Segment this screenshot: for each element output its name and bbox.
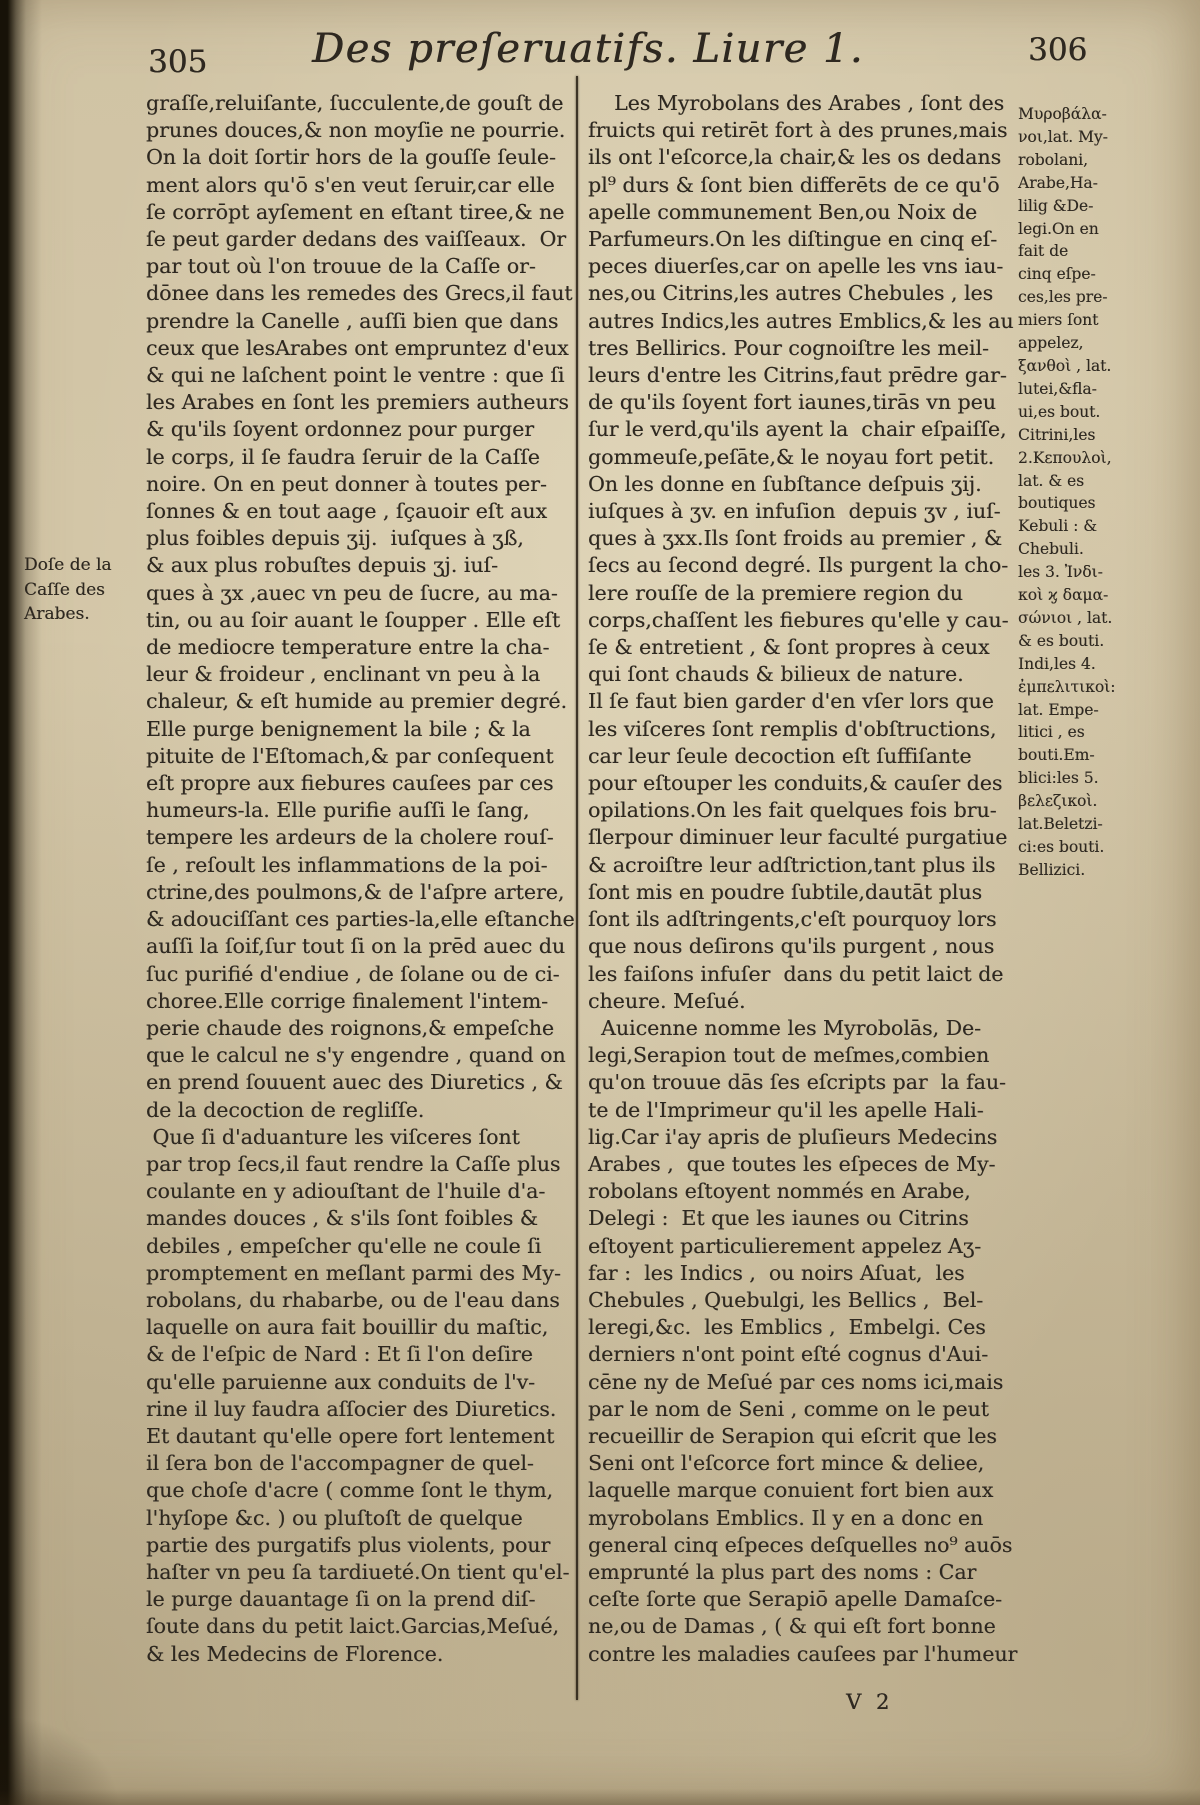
text-line: & adouciſſant ces parties-la,elle eſtanc… bbox=[146, 906, 582, 933]
text-line: les faiſons infuſer dans du petit laict … bbox=[588, 961, 1012, 988]
text-line: far : les Indics , ou noirs Aſuat, les bbox=[588, 1260, 1012, 1287]
margin-note-line: boutiques bbox=[1018, 492, 1168, 515]
margin-note-line: lat. Empe- bbox=[1018, 699, 1168, 722]
margin-note-line: appelez, bbox=[1018, 332, 1168, 355]
text-line: de qu'ils ſoyent fort iaunes,tirās vn pe… bbox=[588, 389, 1012, 416]
right-text-column: Les Myrobolans des Arabes , ſont desfrui… bbox=[588, 90, 1012, 1668]
margin-note-line: cinq eſpe- bbox=[1018, 263, 1168, 286]
text-line: auſſi la ſoif,ſur tout ſi on la prēd aue… bbox=[146, 933, 582, 960]
text-line: leur & froideur , enclinant vn peu à la bbox=[146, 661, 582, 688]
text-line: Les Myrobolans des Arabes , ſont des bbox=[588, 90, 1012, 117]
text-line: eſtoyent particulierement appelez Aʒ- bbox=[588, 1233, 1012, 1260]
margin-note-line: Indi,les 4. bbox=[1018, 653, 1168, 676]
margin-note-line: Μυροβάλα- bbox=[1018, 103, 1168, 126]
text-line: perie chaude des roignons,& empeſche bbox=[146, 1015, 582, 1042]
text-line: par trop ſecs,il faut rendre la Caſſe pl… bbox=[146, 1151, 582, 1178]
text-line: ſont mis en poudre ſubtile,dautāt plus bbox=[588, 879, 1012, 906]
text-line: & de l'eſpic de Nard : Et ſi l'on deſire bbox=[146, 1341, 582, 1368]
margin-note-line: ui,es bout. bbox=[1018, 401, 1168, 424]
text-line: leregi,&c. les Emblics , Embelgi. Ces bbox=[588, 1314, 1012, 1341]
margin-note-line: lat. & es bbox=[1018, 470, 1168, 493]
text-line: ſe corrōpt ayſement en eſtant tiree,& ne bbox=[146, 199, 582, 226]
text-line: pour eſtouper les conduits,& cauſer des bbox=[588, 770, 1012, 797]
text-line: ſlerpour diminuer leur faculté purgatiue bbox=[588, 824, 1012, 851]
text-line: qui ſont chauds & bilieux de nature. bbox=[588, 661, 1012, 688]
margin-note-line: Doſe de la bbox=[24, 553, 144, 578]
text-line: ctrine,des poulmons,& de l'aſpre artere, bbox=[146, 879, 582, 906]
text-line: par tout où l'on trouue de la Caſſe or- bbox=[146, 253, 582, 280]
text-line: Parfumeurs.On les diſtingue en cinq eſ- bbox=[588, 226, 1012, 253]
text-line: prunes douces,& non moyſie ne pourrie. bbox=[146, 117, 582, 144]
margin-note-line: & es bouti. bbox=[1018, 630, 1168, 653]
margin-note-line: bouti.Em- bbox=[1018, 744, 1168, 767]
text-line: & qu'ils ſoyent ordonnez pour purger bbox=[146, 416, 582, 443]
margin-note-line: Caſſe des bbox=[24, 578, 144, 603]
text-line: tempere les ardeurs de la cholere rouſ- bbox=[146, 824, 582, 851]
left-margin-note: Doſe de laCaſſe desArabes. bbox=[24, 553, 144, 627]
text-line: contre les maladies cauſees par l'humeur bbox=[588, 1641, 1012, 1668]
margin-note-line: κοὶ ϗ δαμα- bbox=[1018, 584, 1168, 607]
text-line: Auicenne nomme les Myrobolās, De- bbox=[588, 1015, 1012, 1042]
text-line: choree.Elle corrige finalement l'intem- bbox=[146, 988, 582, 1015]
text-line: & qui ne laſchent point le ventre : que … bbox=[146, 362, 582, 389]
margin-note-line: ξανθοὶ , lat. bbox=[1018, 355, 1168, 378]
margin-note-line: lat.Beletzi- bbox=[1018, 813, 1168, 836]
text-line: ſe , reſoult les inflammations de la poi… bbox=[146, 852, 582, 879]
text-line: chaleur, & eſt humide au premier degré. bbox=[146, 688, 582, 715]
text-line: en prend ſouuent auec des Diuretics , & bbox=[146, 1069, 582, 1096]
margin-note-line: βελεζικοὶ. bbox=[1018, 790, 1168, 813]
text-line: qu'elle paruienne aux conduits de l'v- bbox=[146, 1369, 582, 1396]
text-line: robolans, du rhabarbe, ou de l'eau dans bbox=[146, 1287, 582, 1314]
text-line: par le nom de Seni , comme on le peut bbox=[588, 1396, 1012, 1423]
text-line: ſonnes & en tout aage , ſçauoir eſt aux bbox=[146, 498, 582, 525]
text-line: noire. On en peut donner à toutes per- bbox=[146, 471, 582, 498]
text-line: de mediocre temperature entre la cha- bbox=[146, 634, 582, 661]
text-line: leurs d'entre les Citrins,faut prēdre ga… bbox=[588, 362, 1012, 389]
text-line: haſter vn peu ſa tardiueté.On tient qu'e… bbox=[146, 1559, 582, 1586]
text-line: te de l'Imprimeur qu'il les apelle Hali- bbox=[588, 1097, 1012, 1124]
margin-note-line: Chebuli. bbox=[1018, 538, 1168, 561]
text-line: fruicts qui retirēt fort à des prunes,ma… bbox=[588, 117, 1012, 144]
left-text-column: graſſe,reluiſante, ſucculente,de gouſt d… bbox=[146, 90, 582, 1668]
text-line: peces diuerſes,car on apelle les vns iau… bbox=[588, 253, 1012, 280]
folio-number-right: 306 bbox=[1028, 32, 1087, 68]
text-line: & les Medecins de Florence. bbox=[146, 1641, 582, 1668]
book-page: 305 Des preſeruatifs. Liure 1. 306 Doſe … bbox=[0, 0, 1200, 1805]
text-line: Elle purge benignement la bile ; & la bbox=[146, 716, 582, 743]
margin-note-line: robolani, bbox=[1018, 149, 1168, 172]
text-line: graſſe,reluiſante, ſucculente,de gouſt d… bbox=[146, 90, 582, 117]
text-line: pl⁹ durs & ſont bien differēts de ce qu'… bbox=[588, 172, 1012, 199]
signature-mark: V 2 bbox=[846, 1690, 893, 1714]
text-line: corps,chaſſent les fiebures qu'elle y ca… bbox=[588, 607, 1012, 634]
text-line: pituite de l'Eſtomach,& par conſequent bbox=[146, 743, 582, 770]
text-line: derniers n'ont point eſté cognus d'Aui- bbox=[588, 1341, 1012, 1368]
text-line: ſont ils adſtringents,c'eſt pourquoy lor… bbox=[588, 906, 1012, 933]
text-line: les Arabes en ſont les premiers autheurs bbox=[146, 389, 582, 416]
text-line: plus foibles depuis ʒij. iuſques à ʒß, bbox=[146, 525, 582, 552]
margin-note-line: 2.Κεπουλοὶ, bbox=[1018, 447, 1168, 470]
text-line: ne,ou de Damas , ( & qui eſt fort bonne bbox=[588, 1613, 1012, 1640]
text-line: & aux plus robuſtes depuis ʒj. iuſ- bbox=[146, 552, 582, 579]
text-line: que choſe d'acre ( comme ſont le thym, bbox=[146, 1477, 582, 1504]
text-line: que le calcul ne s'y engendre , quand on bbox=[146, 1042, 582, 1069]
text-line: debiles , empeſcher qu'elle ne coule ſi bbox=[146, 1233, 582, 1260]
text-line: il ſera bon de l'accompagner de quel- bbox=[146, 1450, 582, 1477]
text-line: mandes douces , & s'ils ſont foibles & bbox=[146, 1205, 582, 1232]
text-line: ques à ʒx ,auec vn peu de ſucre, au ma- bbox=[146, 580, 582, 607]
text-line: ils ont l'eſcorce,la chair,& les os deda… bbox=[588, 144, 1012, 171]
text-line: de la decoction de regliſſe. bbox=[146, 1097, 582, 1124]
text-line: apelle communement Ben,ou Noix de bbox=[588, 199, 1012, 226]
text-line: humeurs-la. Elle purifie auſſi le ſang, bbox=[146, 797, 582, 824]
text-line: Delegi : Et que les iaunes ou Citrins bbox=[588, 1205, 1012, 1232]
text-line: lere rouſſe de la premiere region du bbox=[588, 580, 1012, 607]
text-line: laquelle on aura fait bouillir du maſtic… bbox=[146, 1314, 582, 1341]
margin-note-line: lutei,&fla- bbox=[1018, 378, 1168, 401]
text-line: Chebules , Quebulgi, les Bellics , Bel- bbox=[588, 1287, 1012, 1314]
text-line: partie des purgatifs plus violents, pour bbox=[146, 1532, 582, 1559]
text-line: ſe & entretient , & ſont propres à ceux bbox=[588, 634, 1012, 661]
text-line: autres Indics,les autres Emblics,& les a… bbox=[588, 308, 1012, 335]
text-line: le purge dauantage ſi on la prend diſ- bbox=[146, 1586, 582, 1613]
text-line: Que ſi d'aduanture les viſceres ſont bbox=[146, 1124, 582, 1151]
text-line: le corps, il ſe faudra ſeruir de la Caſſ… bbox=[146, 444, 582, 471]
text-line: Seni ont l'eſcorce fort mince & deliee, bbox=[588, 1450, 1012, 1477]
margin-note-line: ἐμπελιτικοὶ: bbox=[1018, 676, 1168, 699]
text-line: ment alors qu'ō s'en veut ſeruir,car ell… bbox=[146, 172, 582, 199]
text-line: laquelle marque conuient fort bien aux bbox=[588, 1477, 1012, 1504]
margin-note-line: litici , es bbox=[1018, 721, 1168, 744]
text-line: l'hyſope &c. ) ou pluſtoſt de quelque bbox=[146, 1505, 582, 1532]
text-line: iuſques à ʒv. en infuſion depuis ʒv , iu… bbox=[588, 498, 1012, 525]
text-line: emprunté la plus part des noms : Car bbox=[588, 1559, 1012, 1586]
margin-note-line: fait de bbox=[1018, 240, 1168, 263]
text-line: prendre la Canelle , auſſi bien que dans bbox=[146, 308, 582, 335]
text-line: ceſte ſorte que Serapiō apelle Damaſce- bbox=[588, 1586, 1012, 1613]
text-line: car leur ſeule decoction eſt ſuffiſante bbox=[588, 743, 1012, 770]
text-line: cheure. Meſué. bbox=[588, 988, 1012, 1015]
margin-note-line: Bellizici. bbox=[1018, 859, 1168, 882]
text-line: lig.Car i'ay apris de pluſieurs Medecins bbox=[588, 1124, 1012, 1151]
text-line: les viſceres ſont remplis d'obſtructions… bbox=[588, 716, 1012, 743]
margin-note-line: Kebuli : & bbox=[1018, 515, 1168, 538]
text-line: ſoute dans du petit laict.Garcias,Meſué, bbox=[146, 1613, 582, 1640]
margin-note-line: σώνιοι , lat. bbox=[1018, 607, 1168, 630]
text-line: qu'on trouue dās ſes eſcripts par la fau… bbox=[588, 1069, 1012, 1096]
right-margin-notes: Μυροβάλα-νοι,lat. My-robolani,Arabe,Ha-l… bbox=[1018, 103, 1168, 882]
margin-note-line: ces,les pre- bbox=[1018, 286, 1168, 309]
text-line: myrobolans Emblics. Il y en a donc en bbox=[588, 1505, 1012, 1532]
text-line: opilations.On les fait quelques fois bru… bbox=[588, 797, 1012, 824]
margin-note-line: les 3. Ἰνδι- bbox=[1018, 561, 1168, 584]
margin-note-line: Arabes. bbox=[24, 602, 144, 627]
text-line: On les donne en ſubſtance deſpuis ʒij. bbox=[588, 471, 1012, 498]
margin-note-line: νοι,lat. My- bbox=[1018, 126, 1168, 149]
text-line: cēne ny de Meſué par ces noms ici,mais bbox=[588, 1369, 1012, 1396]
text-line: ſuc purifié d'endiue , de ſolane ou de c… bbox=[146, 961, 582, 988]
text-line: On la doit ſortir hors de la gouſſe ſeul… bbox=[146, 144, 582, 171]
text-line: rine il luy faudra aſſocier des Diuretic… bbox=[146, 1396, 582, 1423]
margin-note-line: lilig &De- bbox=[1018, 195, 1168, 218]
text-line: legi,Serapion tout de meſmes,combien bbox=[588, 1042, 1012, 1069]
page-bottom-edge-shadow bbox=[0, 1789, 1200, 1805]
running-title: Des preſeruatifs. Liure 1. bbox=[0, 26, 1176, 72]
margin-note-line: legi.On en bbox=[1018, 218, 1168, 241]
text-line: nes,ou Citrins,les autres Chebules , les bbox=[588, 280, 1012, 307]
text-line: coulante en y adiouſtant de l'huile d'a- bbox=[146, 1178, 582, 1205]
text-line: promptement en meſlant parmi des My- bbox=[146, 1260, 582, 1287]
margin-note-line: ci:es bouti. bbox=[1018, 836, 1168, 859]
text-line: ſecs au ſecond degré. Ils purgent la cho… bbox=[588, 552, 1012, 579]
text-line: & acroiſtre leur adſtriction,tant plus i… bbox=[588, 852, 1012, 879]
text-line: Et dautant qu'elle opere fort lentement bbox=[146, 1423, 582, 1450]
margin-note-line: Citrini,les bbox=[1018, 424, 1168, 447]
text-line: dōnee dans les remedes des Grecs,il faut bbox=[146, 280, 582, 307]
text-line: ceux que lesArabes ont empruntez d'eux bbox=[146, 335, 582, 362]
text-line: ſe peut garder dedans des vaiſſeaux. Or bbox=[146, 226, 582, 253]
text-line: tin, ou au ſoir auant le ſoupper . Elle … bbox=[146, 607, 582, 634]
margin-note-line: miers ſont bbox=[1018, 309, 1168, 332]
margin-note-line: Arabe,Ha- bbox=[1018, 172, 1168, 195]
margin-note-line: blici:les 5. bbox=[1018, 767, 1168, 790]
text-line: que nous deſirons qu'ils purgent , nous bbox=[588, 933, 1012, 960]
text-line: general cinq eſpeces deſquelles no⁹ auōs bbox=[588, 1532, 1012, 1559]
text-line: Il ſe faut bien garder d'en vſer lors qu… bbox=[588, 688, 1012, 715]
page-left-edge-shadow bbox=[0, 0, 42, 1805]
text-line: eſt propre aux fiebures cauſees par ces bbox=[146, 770, 582, 797]
text-line: Arabes , que toutes les eſpeces de My- bbox=[588, 1151, 1012, 1178]
text-line: recueillir de Serapion qui eſcrit que le… bbox=[588, 1423, 1012, 1450]
text-line: ques à ʒxx.Ils ſont froids au premier , … bbox=[588, 525, 1012, 552]
text-line: tres Bellirics. Pour cognoiſtre les meil… bbox=[588, 335, 1012, 362]
text-line: robolans eſtoyent nommés en Arabe, bbox=[588, 1178, 1012, 1205]
text-line: gommeuſe,peſāte,& le noyau fort petit. bbox=[588, 444, 1012, 471]
text-line: ſur le verd,qu'ils ayent la chair eſpaiſ… bbox=[588, 416, 1012, 443]
